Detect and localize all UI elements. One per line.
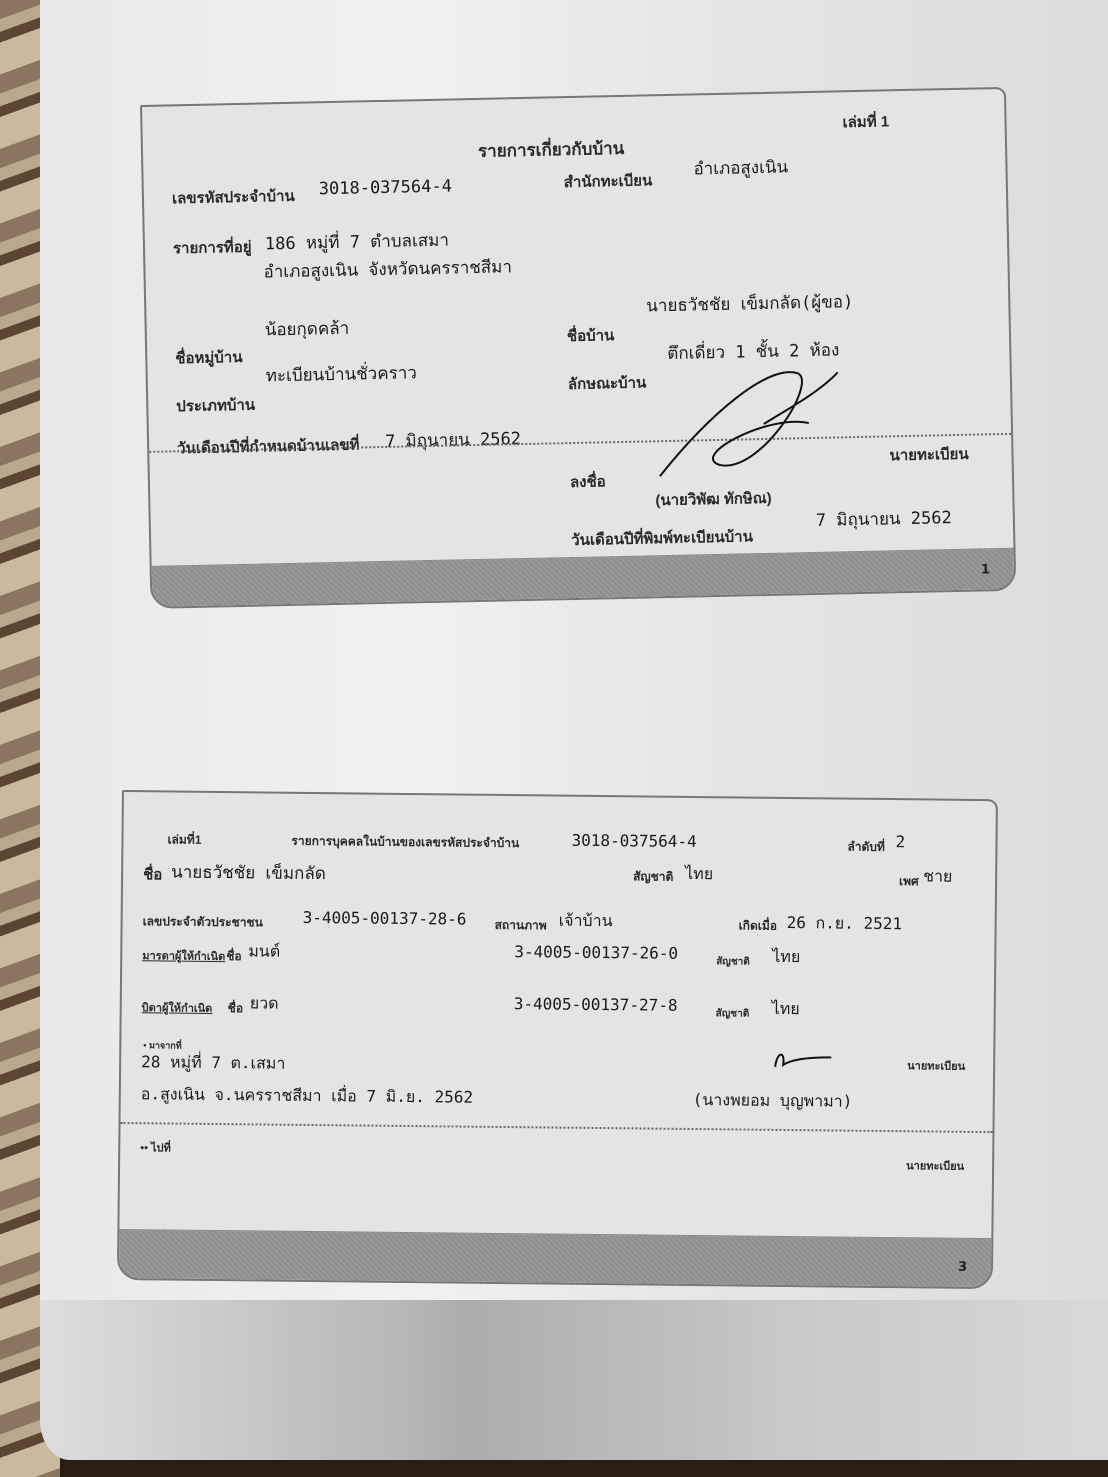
card-title: รายการเกี่ยวกับบ้าน: [478, 135, 625, 165]
moved-to-label: •• ไปที่: [140, 1138, 171, 1156]
house-type-label: ประเภทบ้าน: [176, 393, 255, 419]
address-label: รายการที่อยู่: [173, 235, 252, 261]
born-date: 26 ก.ย. 2521: [787, 911, 903, 937]
registrar-name: (นายวิพัฒ ทักษิณ): [655, 486, 772, 512]
moved-from-line1: 28 หมู่ที่ 7 ต.เสมา: [141, 1050, 285, 1077]
id-number: 3-4005-00137-28-6: [303, 908, 467, 929]
father-nationality: ไทย: [772, 997, 800, 1022]
father-name: ยวด: [250, 991, 279, 1016]
mother-id: 3-4005-00137-26-0: [514, 942, 678, 963]
house-style: ตึกเดี่ยว 1 ชั้น 2 ห้อง: [667, 336, 840, 367]
mother-nationality-label: สัญชาติ: [716, 954, 750, 969]
sex: ชาย: [923, 864, 952, 889]
address-line2: อำเภอสูงเนิน จังหวัดนครราชสีมา: [263, 253, 512, 285]
id-label: เลขประจำตัวประชาชน: [143, 912, 263, 932]
registry-office-label: สำนักทะเบียน: [563, 168, 652, 194]
father-id: 3-4005-00137-27-8: [514, 994, 678, 1015]
father-name-label: ชื่อ: [228, 999, 244, 1018]
village-label: ชื่อหมู่บ้าน: [175, 345, 243, 370]
nationality: ไทย: [685, 862, 713, 887]
registrar-label: นายทะเบียน: [889, 442, 969, 468]
name-label: ชื่อ: [143, 862, 162, 886]
order-number: 2: [895, 832, 905, 851]
registry-office: อำเภอสูงเนิน: [693, 153, 788, 182]
father-nationality-label: สัญชาติ: [716, 1006, 750, 1021]
record-header-label: รายการบุคคลในบ้านของเลขรหัสประจำบ้าน: [291, 832, 519, 853]
print-date-label: วันเดือนปีที่พิมพ์ทะเบียนบ้าน: [571, 524, 753, 552]
book-number: เล่มที่ 1: [842, 109, 889, 134]
registrar-label: นายทะเบียน: [907, 1056, 965, 1075]
page-number: 3: [958, 1260, 967, 1275]
mother-name: มนต์: [248, 939, 280, 964]
divider-dotted: [121, 1122, 993, 1133]
paper-shadow: [40, 1300, 1108, 1460]
address-line1: 186 หมู่ที่ 7 ตำบลเสมา: [265, 227, 450, 258]
mother-nationality: ไทย: [772, 945, 800, 970]
house-name: นายธวัชชัย เข็มกลัด(ผู้ขอ): [646, 288, 854, 319]
mother-name-label: ชื่อ: [226, 947, 242, 966]
assigned-date: 7 มิถุนายน 2562: [385, 425, 521, 455]
mother-label: มารดาผู้ให้กำเนิด: [142, 946, 225, 965]
house-info-card: เล่มที่ 1 รายการเกี่ยวกับบ้าน เลขรหัสประ…: [140, 87, 1016, 609]
print-date: 7 มิถุนายน 2562: [816, 504, 952, 534]
order-label: ลำดับที่: [847, 838, 885, 857]
sex-label: เพศ: [899, 872, 919, 891]
registrar-signature: [647, 352, 850, 486]
nationality-label: สัญชาติ: [633, 867, 673, 886]
sign-label: ลงชื่อ: [570, 469, 606, 494]
house-name-label: ชื่อบ้าน: [567, 323, 615, 348]
born-label: เกิดเมื่อ: [739, 916, 778, 935]
person-name: นายธวัชชัย เข็มกลัด: [171, 859, 326, 888]
house-style-label: ลักษณะบ้าน: [568, 370, 647, 396]
status: เจ้าบ้าน: [559, 909, 613, 935]
status-label: สถานภาพ: [495, 916, 547, 936]
house-type: ทะเบียนบ้านชั่วคราว: [265, 359, 417, 389]
house-code-label: เลขรหัสประจำบ้าน: [172, 184, 295, 211]
house-code: 3018-037564-4: [319, 176, 452, 199]
book-number: เล่มที่1: [167, 830, 201, 849]
registrar-name: (นางพยอม บุญพามา): [693, 1088, 853, 1115]
registrar-signature: [771, 1049, 841, 1074]
card-footer-band: 3: [119, 1229, 991, 1287]
page-number: 1: [981, 562, 990, 577]
father-label: บิดาผู้ให้กำเนิด: [142, 998, 213, 1017]
house-code: 3018-037564-4: [571, 831, 696, 851]
village-name: น้อยกุดคล้า: [264, 315, 349, 344]
moved-from-line2: อ.สูงเนิน จ.นครราชสีมา เมื่อ 7 มิ.ย. 256…: [141, 1082, 474, 1110]
registrar-label-2: นายทะเบียน: [906, 1156, 964, 1175]
person-record-card: เล่มที่1 รายการบุคคลในบ้านของเลขรหัสประจ…: [117, 790, 998, 1289]
